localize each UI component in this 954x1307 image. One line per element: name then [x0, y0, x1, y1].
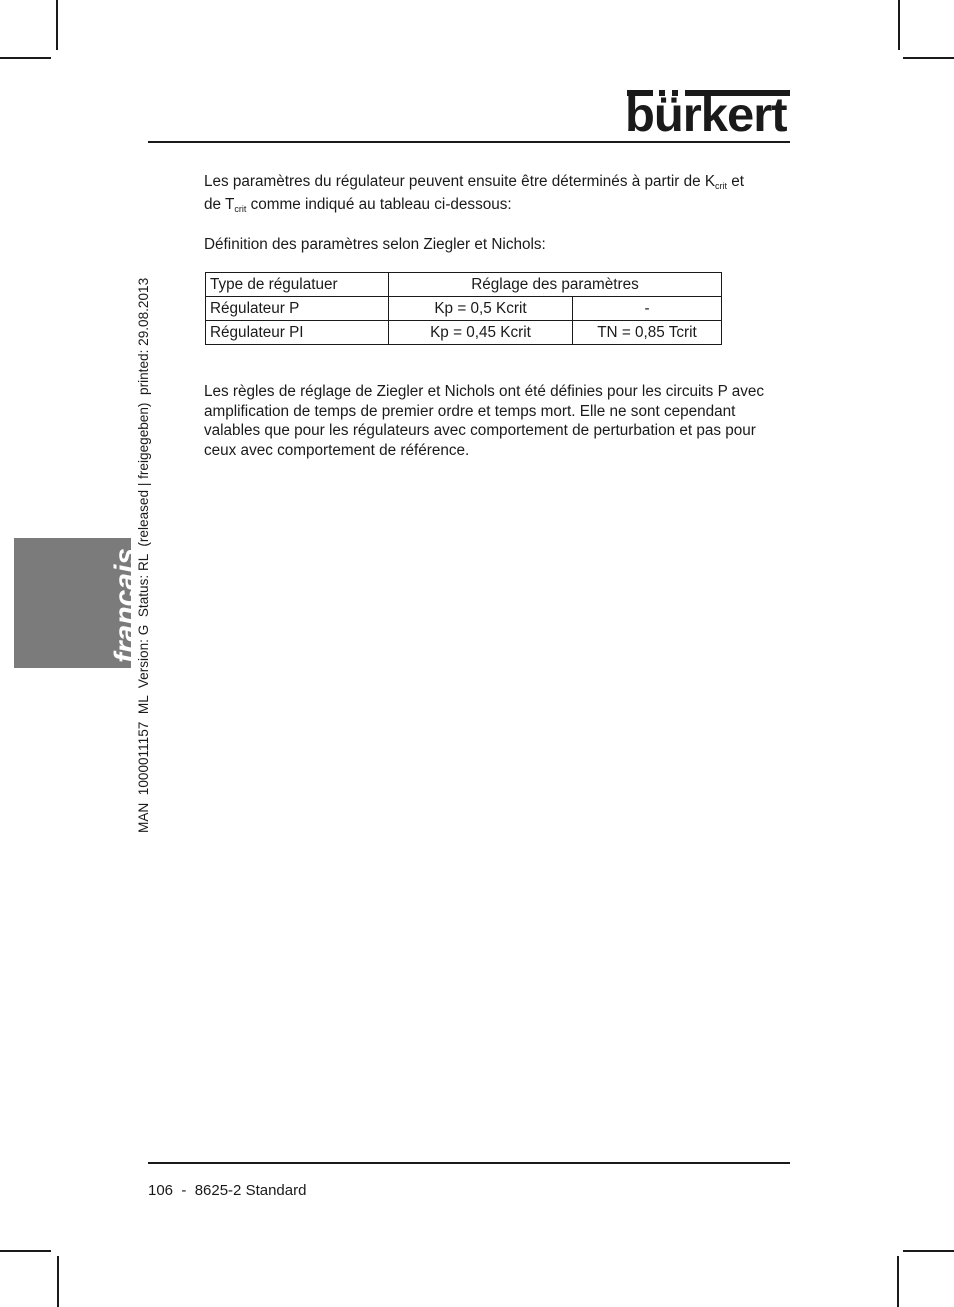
table-cell: Kp = 0,5 Kcrit	[389, 297, 573, 321]
note-paragraph: Les règles de réglage de Ziegler et Nich…	[204, 382, 774, 460]
table-row: Régulateur PI Kp = 0,45 Kcrit TN = 0,85 …	[206, 321, 722, 345]
crop-mark	[0, 57, 51, 59]
brand-wordmark: bürkert	[625, 92, 794, 140]
table-cell: Kp = 0,45 Kcrit	[389, 321, 573, 345]
parameter-table: Type de régulatuer Réglage des paramètre…	[205, 272, 722, 345]
header-rule	[148, 141, 790, 143]
subscript: crit	[715, 181, 727, 191]
crop-mark	[0, 1250, 51, 1252]
table-cell: -	[573, 297, 722, 321]
intro-paragraph: Les paramètres du régulateur peuvent ens…	[204, 170, 794, 216]
subscript: crit	[234, 204, 246, 214]
table-row: Régulateur P Kp = 0,5 Kcrit -	[206, 297, 722, 321]
crop-mark	[56, 0, 58, 50]
table-header-cell: Réglage des paramètres	[389, 273, 722, 297]
crop-mark	[897, 1256, 899, 1307]
crop-mark	[903, 57, 954, 59]
burkert-logo: bürkert	[625, 90, 791, 140]
footer-rule	[148, 1162, 790, 1164]
document-meta: MAN 1000011157 ML Version: G Status: RL …	[136, 193, 152, 833]
page-footer: 106 - 8625-2 Standard	[148, 1182, 306, 1199]
table-header-row: Type de régulatuer Réglage des paramètre…	[206, 273, 722, 297]
language-tab: français	[14, 538, 131, 668]
definition-heading: Définition des paramètres selon Ziegler …	[204, 236, 546, 254]
intro-line1-tail: et	[727, 173, 744, 190]
intro-line2-tail: comme indiqué au tableau ci-dessous:	[246, 196, 511, 213]
crop-mark	[57, 1256, 59, 1307]
intro-line2: de T	[204, 196, 234, 213]
intro-line1: Les paramètres du régulateur peuvent ens…	[204, 173, 715, 190]
table-cell: Régulateur P	[206, 297, 389, 321]
crop-mark	[898, 0, 900, 50]
crop-mark	[903, 1250, 954, 1252]
table-header-cell: Type de régulatuer	[206, 273, 389, 297]
table-cell: TN = 0,85 Tcrit	[573, 321, 722, 345]
table-cell: Régulateur PI	[206, 321, 389, 345]
